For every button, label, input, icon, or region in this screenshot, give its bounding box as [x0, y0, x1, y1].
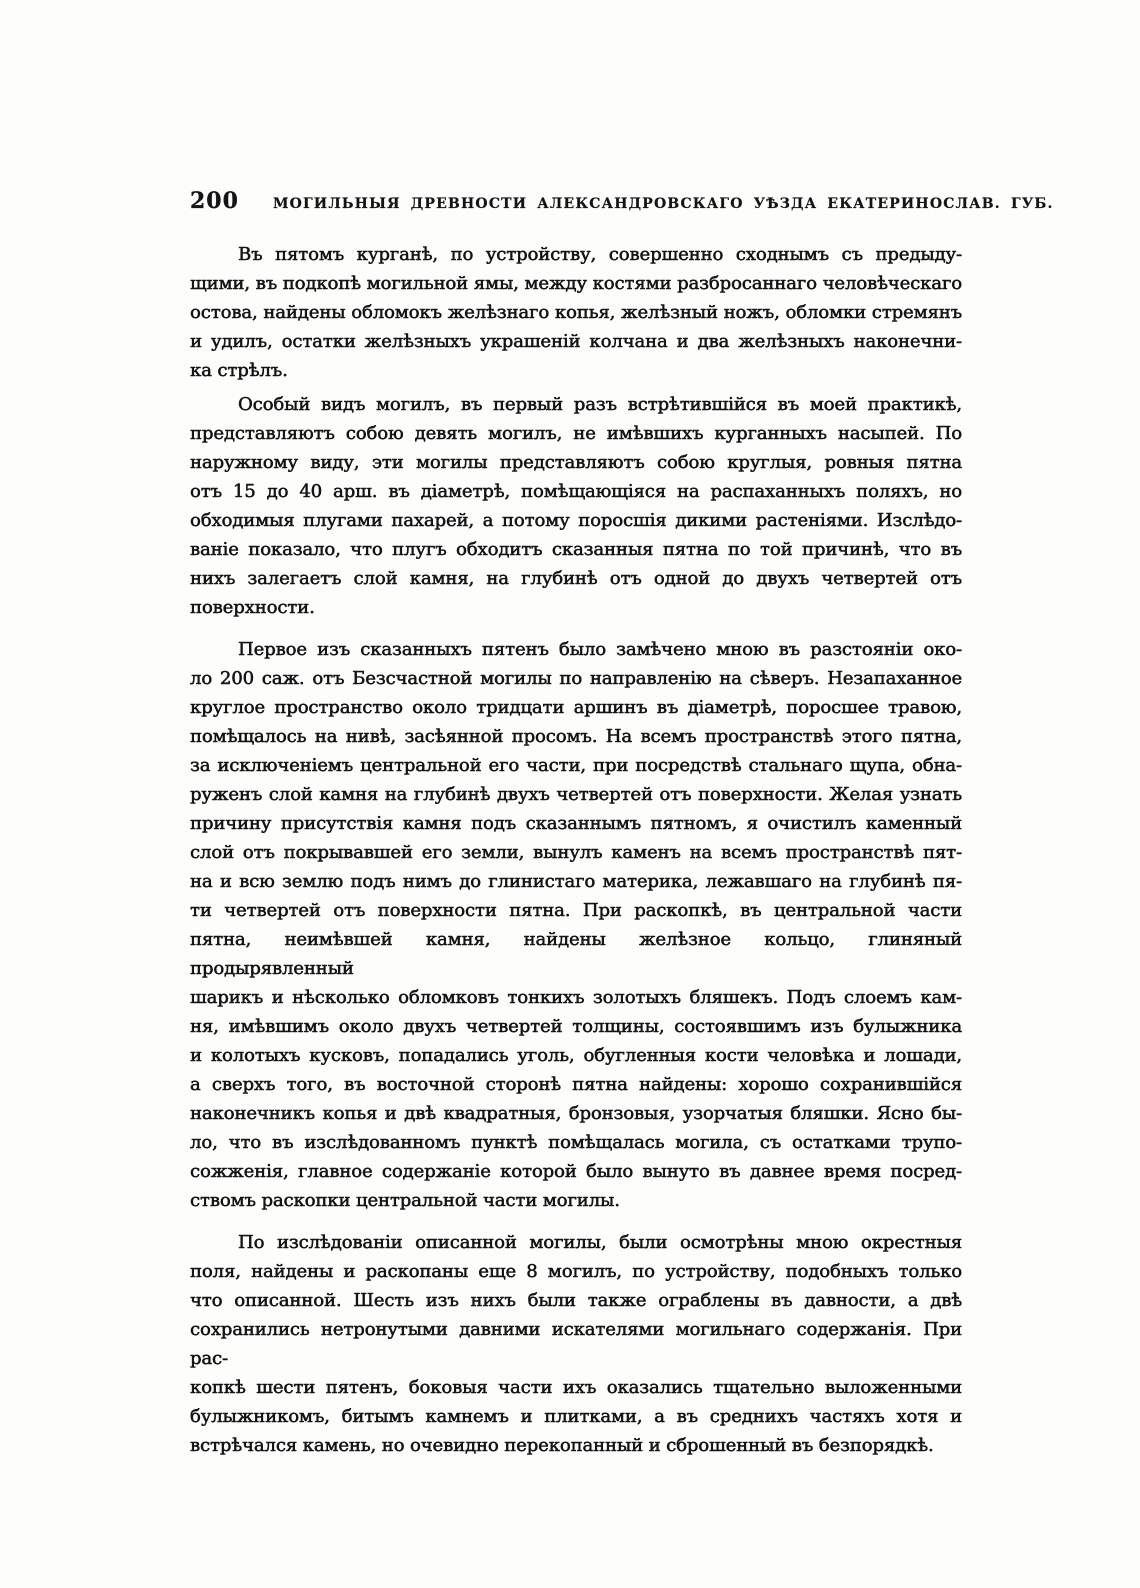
text-line: обходимыя плугами пахарей, а потому поро… [190, 506, 962, 535]
body-text: Въ пятомъ курганѣ, по устройству, соверш… [190, 240, 962, 1460]
text-line: поля, найдены и раскопаны еще 8 могилъ, … [190, 1257, 962, 1286]
text-line: наружному виду, эти могилы представляютъ… [190, 448, 962, 477]
text-line: ка стрѣлъ. [190, 356, 962, 385]
text-line: По изслѣдованіи описанной могилы, были о… [190, 1228, 962, 1257]
text-line: булыжникомъ, битымъ камнемъ и плитками, … [190, 1402, 962, 1431]
text-line: причину присутствія камня подъ сказанным… [190, 809, 962, 838]
text-line: слой отъ покрывавшей его земли, вынулъ к… [190, 838, 962, 867]
paragraph: Особый видъ могилъ, въ первый разъ встрѣ… [190, 390, 962, 622]
text-line: представляютъ собою девять могилъ, не им… [190, 419, 962, 448]
paragraph: Въ пятомъ курганѣ, по устройству, соверш… [190, 240, 962, 385]
page-header: 200 МОГИЛЬНЫЯ ДРЕВНОСТИ АЛЕКСАНДРОВСКАГО… [190, 188, 962, 214]
book-page: 200 МОГИЛЬНЫЯ ДРЕВНОСТИ АЛЕКСАНДРОВСКАГО… [0, 0, 1140, 1588]
text-line: ваніе показало, что плугъ обходитъ сказа… [190, 535, 962, 564]
text-line: Особый видъ могилъ, въ первый разъ встрѣ… [190, 390, 962, 419]
text-line: Въ пятомъ курганѣ, по устройству, соверш… [190, 240, 962, 269]
text-line: пятна, неимѣвшей камня, найдены желѣзное… [190, 925, 962, 983]
text-line: за исключеніемъ центральной его части, п… [190, 751, 962, 780]
text-line: ствомъ раскопки центральной части могилы… [190, 1186, 962, 1215]
text-line: а сверхъ того, въ восточной сторонѣ пятн… [190, 1070, 962, 1099]
text-line: нихъ залегаетъ слой камня, на глубинѣ от… [190, 564, 962, 593]
text-line: ти четвертей отъ поверхности пятна. При … [190, 896, 962, 925]
text-line: руженъ слой камня на глубинѣ двухъ четве… [190, 780, 962, 809]
text-line: сохранились нетронутыми давними искателя… [190, 1315, 962, 1373]
text-line: круглое пространство около тридцати арши… [190, 693, 962, 722]
text-line: ло, что въ изслѣдованномъ пунктѣ помѣщал… [190, 1128, 962, 1157]
text-line: что описанной. Шесть изъ нихъ были также… [190, 1286, 962, 1315]
text-line: шарикъ и нѣсколько обломковъ тонкихъ зол… [190, 983, 962, 1012]
text-line: наконечникъ копья и двѣ квадратныя, брон… [190, 1099, 962, 1128]
paragraph: По изслѣдованіи описанной могилы, были о… [190, 1228, 962, 1460]
text-line: и колотыхъ кусковъ, попадались уголь, об… [190, 1041, 962, 1070]
text-line: помѣщалось на нивѣ, засѣянной просомъ. Н… [190, 722, 962, 751]
text-line: остова, найдены обломокъ желѣзнаго копья… [190, 298, 962, 327]
text-line: отъ 15 до 40 арш. въ діаметрѣ, помѣщающі… [190, 477, 962, 506]
text-line: копкѣ шести пятенъ, боковыя части ихъ ок… [190, 1373, 962, 1402]
text-line: Первое изъ сказанныхъ пятенъ было замѣче… [190, 635, 962, 664]
text-line: на и всю землю подъ нимъ до глинистаго м… [190, 867, 962, 896]
text-line: ня, имѣвшимъ около двухъ четвертей толщи… [190, 1012, 962, 1041]
text-line: щими, въ подкопѣ могильной ямы, между ко… [190, 269, 962, 298]
text-line: поверхности. [190, 593, 962, 622]
text-line: сожженія, главное содержаніе которой был… [190, 1157, 962, 1186]
text-line: и удилъ, остатки желѣзныхъ украшеній кол… [190, 327, 962, 356]
page-number: 200 [190, 188, 239, 214]
paragraph: Первое изъ сказанныхъ пятенъ было замѣче… [190, 635, 962, 1215]
running-title: МОГИЛЬНЫЯ ДРЕВНОСТИ АЛЕКСАНДРОВСКАГО УѢЗ… [273, 196, 1054, 212]
text-line: ло 200 саж. отъ Безсчастной могилы по на… [190, 664, 962, 693]
text-line: встрѣчался камень, но очевидно перекопан… [190, 1431, 962, 1460]
